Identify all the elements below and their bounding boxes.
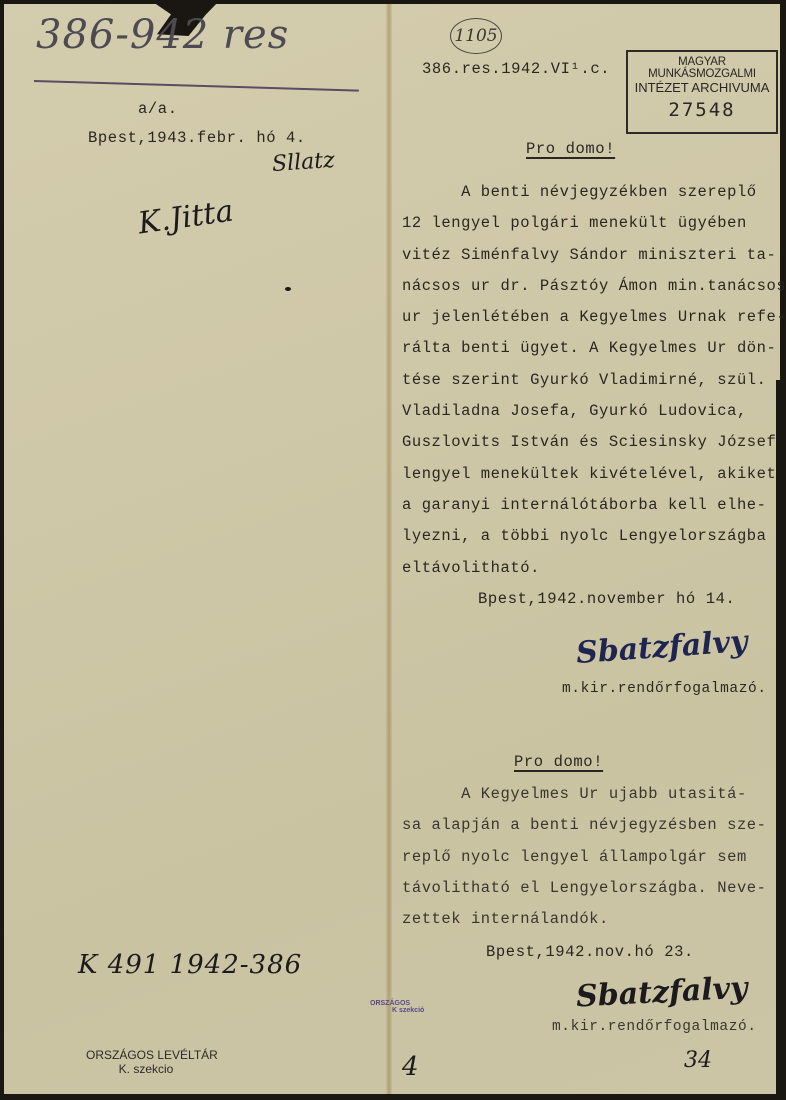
stamp-number: 27548 <box>628 99 776 121</box>
body-line: lengyel menekültek kivételével, akiket <box>402 459 782 490</box>
body-line: lyezni, a többi nyolc Lengyelországba <box>402 521 782 552</box>
section2-body: A Kegyelmes Ur ujabb utasitá- sa alapján… <box>402 779 782 935</box>
archive-institute-stamp: MAGYAR MUNKÁSMOZGALMI INTÉZET ARCHIVUMA … <box>626 50 778 134</box>
initials-signature: Sllatz <box>271 148 335 177</box>
section1-heading: Pro domo! <box>526 140 615 158</box>
reference-number: 386.res.1942.VI¹.c. <box>422 60 610 78</box>
archive-stamp: ORSZÁGOS LEVÉLTÁR K. szekcio <box>86 1048 206 1076</box>
body-line: tése szerint Gyurkó Vladimirné, szül. <box>402 365 782 396</box>
aa-label: a/a. <box>138 100 178 118</box>
body-line: replő nyolc lengyel állampolgár sem <box>402 842 782 873</box>
page-number-mark: 4 <box>402 1052 419 1082</box>
body-line: ur jelenlétében a Kegyelmes Urnak refe- <box>402 302 782 333</box>
purple-stamp: ORSZÁGOS K szekció <box>370 1000 424 1014</box>
handwritten-mark: 34 <box>684 1048 712 1073</box>
handwritten-reference: 386-942 res <box>36 12 289 58</box>
page-fold <box>386 4 392 1094</box>
body-line: eltávolitható. <box>402 553 782 584</box>
left-date: Bpest,1943.febr. hó 4. <box>88 129 306 147</box>
stamp-line1: MAGYAR MUNKÁSMOZGALMI <box>628 56 776 80</box>
purple-stamp-line1: ORSZÁGOS <box>370 1000 424 1007</box>
section1-title: m.kir.rendőrfogalmazó. <box>562 681 767 697</box>
body-line: A benti névjegyzékben szereplő <box>402 177 782 208</box>
body-line: vitéz Siménfalvy Sándor miniszteri ta- <box>402 240 782 271</box>
body-line: nácsos ur dr. Pásztóy Ámon min.tanácsos <box>402 271 782 302</box>
section2-title: m.kir.rendőrfogalmazó. <box>552 1019 757 1035</box>
body-line: Guszlovits István és Sciesinsky József <box>402 427 782 458</box>
circled-number: 1105 <box>450 18 502 54</box>
body-line: Vladiladna Josefa, Gyurkó Ludovica, <box>402 396 782 427</box>
body-line: zettek internálandók. <box>402 904 782 935</box>
section2-date: Bpest,1942.nov.hó 23. <box>486 943 694 961</box>
body-line: a garanyi internálótáborba kell elhe- <box>402 490 782 521</box>
body-line: távolitható el Lengyelországba. Neve- <box>402 873 782 904</box>
archive-stamp-line2: K. szekcio <box>86 1062 206 1076</box>
stamp-line2: INTÉZET ARCHIVUMA <box>628 80 776 95</box>
body-line: A Kegyelmes Ur ujabb utasitá- <box>402 779 782 810</box>
archive-stamp-line1: ORSZÁGOS LEVÉLTÁR <box>86 1048 206 1062</box>
section2-heading: Pro domo! <box>514 753 603 771</box>
purple-stamp-line2: K szekció <box>392 1007 424 1014</box>
ink-dot <box>285 287 291 291</box>
section1-date: Bpest,1942.november hó 14. <box>478 590 735 608</box>
body-line: 12 lengyel polgári menekült ügyében <box>402 208 782 239</box>
section1-body: A benti névjegyzékben szereplő 12 lengye… <box>402 177 782 584</box>
body-line: rálta benti ügyet. A Kegyelmes Ur dön- <box>402 333 782 364</box>
body-line: sa alapján a benti névjegyzésben sze- <box>402 810 782 841</box>
bottom-handwritten-reference: K 491 1942-386 <box>78 950 302 980</box>
